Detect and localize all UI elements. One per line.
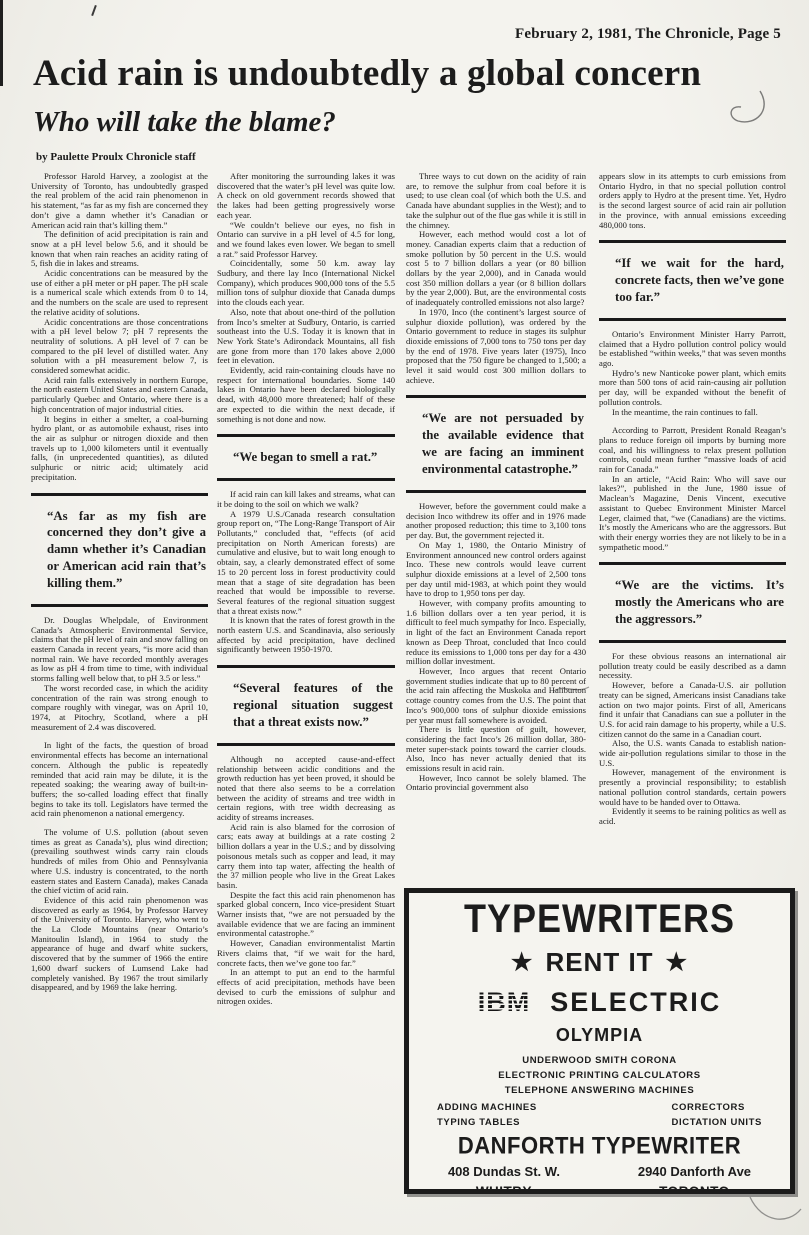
ad-store-name: DANFORTH TYPEWRITER bbox=[458, 1132, 741, 1160]
article-paragraph: “We couldn’t believe our eyes, no fish i… bbox=[217, 221, 395, 260]
ad-locations-row: 408 Dundas St. W. WHITBY 666-1131 2940 D… bbox=[409, 1163, 790, 1194]
article-paragraph: It begins in either a smelter, a coal-bu… bbox=[31, 415, 208, 483]
article-paragraph: appears slow in its attempts to curb emi… bbox=[599, 172, 786, 230]
pull-quote: “We are not persuaded by the available e… bbox=[406, 395, 586, 493]
ad-product-line: TELEPHONE ANSWERING MACHINES bbox=[498, 1083, 700, 1098]
article-paragraph: The volume of U.S. pollution (about seve… bbox=[31, 828, 208, 896]
article-column-3: Three ways to cut down on the acidity of… bbox=[406, 172, 586, 882]
article-paragraph: Three ways to cut down on the acidity of… bbox=[406, 172, 586, 230]
article-paragraph: Ontario’s Environment Minister Harry Par… bbox=[599, 330, 786, 369]
article-paragraph: Evidently, acid rain-containing clouds h… bbox=[217, 366, 395, 424]
article-paragraph: In the meantime, the rain continues to f… bbox=[599, 408, 786, 418]
newspaper-page: { "page": { "masthead": "February 2, 198… bbox=[0, 0, 809, 1235]
article-paragraph: Also, note that about one-third of the p… bbox=[217, 308, 395, 366]
ad-city: WHITBY bbox=[448, 1182, 560, 1194]
scan-edge-mark bbox=[0, 0, 3, 86]
ad-rent-line: ★ RENT IT ★ bbox=[511, 947, 688, 978]
ad-product-line: CORRECTORS bbox=[672, 1100, 762, 1115]
ad-location: 408 Dundas St. W. WHITBY 666-1131 bbox=[448, 1163, 560, 1194]
ad-address: 2940 Danforth Ave bbox=[638, 1163, 751, 1182]
ad-product-line: ELECTRONIC PRINTING CALCULATORS bbox=[498, 1068, 700, 1083]
article-paragraph: Despite the fact this acid rain phenomen… bbox=[217, 891, 395, 940]
ad-product-line: ADDING MACHINES bbox=[437, 1100, 537, 1115]
article-paragraph: According to Parrott, President Ronald R… bbox=[599, 426, 786, 475]
ad-right-products: CORRECTORS DICTATION UNITS bbox=[672, 1100, 762, 1130]
ad-left-products: ADDING MACHINES TYPING TABLES bbox=[437, 1100, 537, 1130]
ad-product-line: DICTATION UNITS bbox=[672, 1115, 762, 1130]
ad-brand-olympia: OLYMPIA bbox=[556, 1025, 643, 1046]
pull-quote: “As far as my fish are concerned they do… bbox=[31, 493, 208, 607]
article-paragraph: The worst recorded case, in which the ac… bbox=[31, 684, 208, 733]
ad-address: 408 Dundas St. W. bbox=[448, 1163, 560, 1182]
article-paragraph: However, Canadian environmentalist Marti… bbox=[217, 939, 395, 968]
article-paragraph: Acidic concentrations are those concentr… bbox=[31, 318, 208, 376]
article-paragraph: Evidently it seems to be raining politic… bbox=[599, 807, 786, 826]
article-paragraph: In light of the facts, the question of b… bbox=[31, 741, 208, 819]
article-paragraph: However, management of the environment i… bbox=[599, 768, 786, 807]
article-paragraph: Evidence of this acid rain phenomenon wa… bbox=[31, 896, 208, 993]
pull-quote: “We are the victims. It’s mostly the Ame… bbox=[599, 562, 786, 643]
article-paragraph: A 1979 U.S./Canada research consultation… bbox=[217, 510, 395, 617]
article-paragraph: It is known that the rates of forest gro… bbox=[217, 616, 395, 655]
ibm-logo: IBM bbox=[478, 987, 531, 1018]
byline: by Paulette Proulx Chronicle staff bbox=[36, 151, 196, 163]
article-paragraph: If acid rain can kill lakes and streams,… bbox=[217, 490, 395, 509]
ad-product-line: UNDERWOOD SMITH CORONA bbox=[498, 1053, 700, 1068]
article-paragraph: There is little question of guilt, howev… bbox=[406, 725, 586, 774]
article-paragraph: Acidic concentrations can be measured by… bbox=[31, 269, 208, 318]
article-paragraph: However, Inco argues that recent Ontario… bbox=[406, 667, 586, 725]
article-paragraph: However, each method would cost a lot of… bbox=[406, 230, 586, 308]
article-paragraph: However, before the government could mak… bbox=[406, 502, 586, 541]
article-paragraph: For these obvious reasons an internation… bbox=[599, 652, 786, 681]
ad-product-list: UNDERWOOD SMITH CORONA ELECTRONIC PRINTI… bbox=[498, 1053, 700, 1099]
article-column-4: appears slow in its attempts to curb emi… bbox=[599, 172, 786, 882]
article-paragraph: Acid rain falls extensively in northern … bbox=[31, 376, 208, 415]
typewriter-ad-box: TYPEWRITERS ★ RENT IT ★ IBM SELECTRIC OL… bbox=[404, 888, 795, 1194]
article-paragraph: Coincidentally, some 50 k.m. away lay Su… bbox=[217, 259, 395, 308]
pull-quote: “If we wait for the hard, concrete facts… bbox=[599, 240, 786, 321]
ad-brand-selectric: SELECTRIC bbox=[550, 987, 721, 1018]
article-paragraph: However, before a Canada-U.S. air pollut… bbox=[599, 681, 786, 739]
ad-product-columns: ADDING MACHINES TYPING TABLES CORRECTORS… bbox=[409, 1100, 790, 1130]
star-icon: ★ bbox=[511, 948, 534, 977]
article-paragraph: In an article, “Acid Rain: Who will save… bbox=[599, 475, 786, 553]
article-paragraph: After monitoring the surrounding lakes i… bbox=[217, 172, 395, 221]
ad-rent-label: RENT IT bbox=[545, 947, 653, 978]
article-paragraph: In 1970, Inco (the continent’s largest s… bbox=[406, 308, 586, 386]
article-paragraph: Although no accepted cause-and-effect re… bbox=[217, 755, 395, 823]
star-icon: ★ bbox=[666, 948, 689, 977]
article-paragraph: Professor Harold Harvey, a zoologist at … bbox=[31, 172, 208, 230]
pen-mark-icon bbox=[700, 86, 774, 134]
article-column-1: Professor Harold Harvey, a zoologist at … bbox=[31, 172, 208, 1220]
pull-quote: “We began to smell a rat.” bbox=[217, 434, 395, 481]
masthead-date-line: February 2, 1981, The Chronicle, Page 5 bbox=[515, 26, 781, 43]
headline: Acid rain is undoubtedly a global concer… bbox=[33, 52, 701, 95]
article-paragraph: Also, the U.S. wants Canada to establish… bbox=[599, 739, 786, 768]
article-paragraph: However, Inco cannot be solely blamed. T… bbox=[406, 774, 586, 793]
ad-location: 2940 Danforth Ave TORONTO 698-2589 bbox=[638, 1163, 751, 1194]
pull-quote: “Several features of the regional situat… bbox=[217, 665, 395, 746]
article-paragraph: In an attempt to put an end to the harmf… bbox=[217, 968, 395, 1007]
article-paragraph: The definition of acid precipitation is … bbox=[31, 230, 208, 269]
subhead: Who will take the blame? bbox=[33, 106, 336, 139]
article-paragraph: However, with company profits amounting … bbox=[406, 599, 586, 667]
article-paragraph: Hydro’s new Nanticoke power plant, which… bbox=[599, 369, 786, 408]
ad-product-line: TYPING TABLES bbox=[437, 1115, 537, 1130]
article-paragraph: On May 1, 1980, the Ontario Ministry of … bbox=[406, 541, 586, 599]
article-paragraph: Dr. Douglas Whelpdale, of Environment Ca… bbox=[31, 616, 208, 684]
ad-title: TYPEWRITERS bbox=[464, 896, 735, 942]
ad-brand-row: IBM SELECTRIC bbox=[478, 987, 722, 1018]
scan-tick-mark bbox=[91, 5, 97, 16]
article-column-2: After monitoring the surrounding lakes i… bbox=[217, 172, 395, 1220]
article-paragraph: Acid rain is also blamed for the corrosi… bbox=[217, 823, 395, 891]
ad-city: TORONTO bbox=[638, 1182, 751, 1194]
pen-mark-icon bbox=[744, 1193, 804, 1229]
